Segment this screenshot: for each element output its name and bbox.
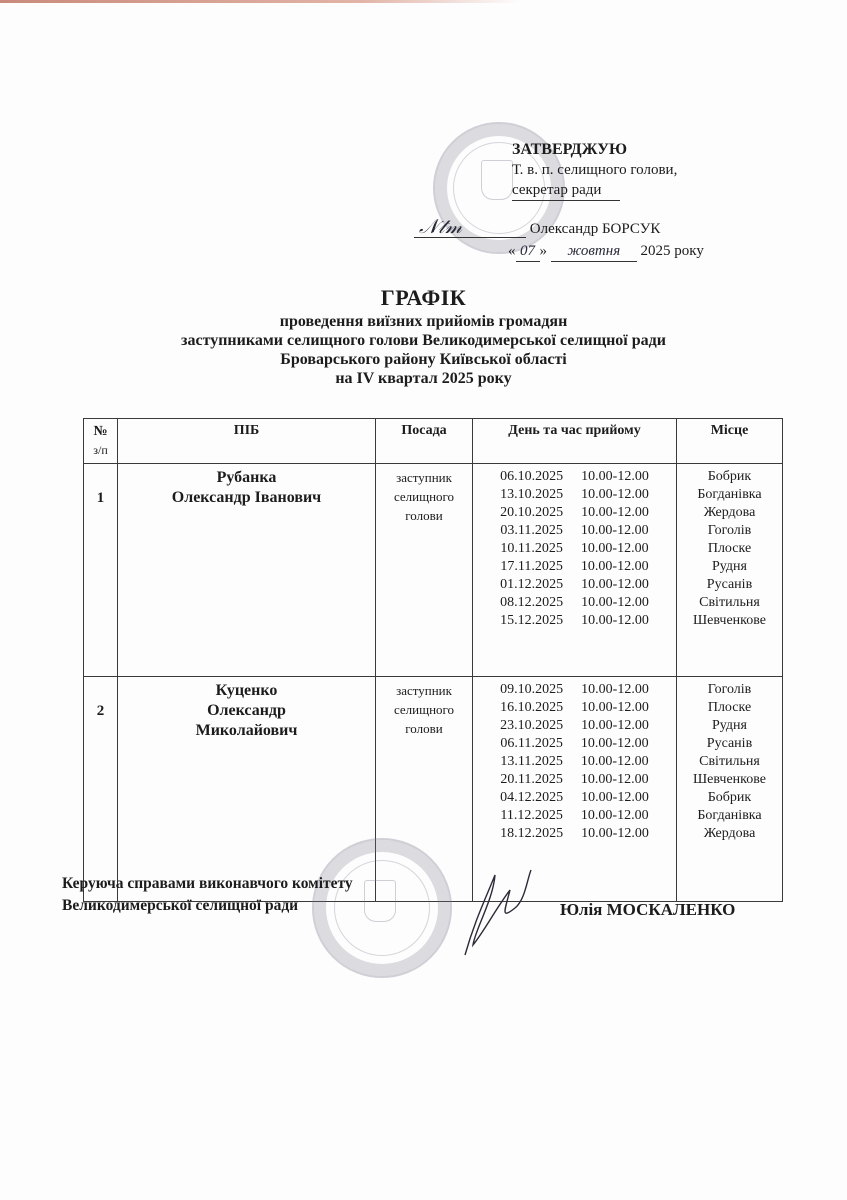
schedule-entry: 01.12.202510.00-12.00 [473, 576, 676, 594]
visit-date: 20.11.2025 [500, 771, 562, 789]
header-position: Посада [376, 419, 473, 464]
header-name: ПІБ [118, 419, 376, 464]
title-line3: Броварського району Київської області [0, 350, 847, 369]
visit-time: 10.00-12.00 [581, 468, 649, 486]
person-name-line: Олександр [118, 701, 375, 721]
document-title: ГРАФІК проведення виїзних прийомів грома… [0, 284, 847, 388]
approval-date-day: 07 [516, 241, 540, 262]
schedule-table: № з/п ПІБ Посада День та час прийому Міс… [83, 418, 783, 902]
row-schedule-places: БобрикБогданівкаЖердоваГоголівПлоскеРудн… [677, 464, 783, 677]
visit-date: 13.11.2025 [500, 753, 562, 771]
visit-date: 09.10.2025 [500, 681, 563, 699]
schedule-entry: 09.10.202510.00-12.00 [473, 681, 676, 699]
visit-place: Світильня [677, 753, 782, 771]
schedule-entry: 15.12.202510.00-12.00 [473, 612, 676, 630]
visit-place: Жердова [677, 504, 782, 522]
visit-time: 10.00-12.00 [581, 540, 649, 558]
person-name-line: Рубанка [118, 468, 375, 488]
position-line: заступник [376, 681, 472, 700]
visit-time: 10.00-12.00 [581, 789, 649, 807]
table-header-row: № з/п ПІБ Посада День та час прийому Міс… [84, 419, 783, 464]
visit-place: Бобрик [677, 468, 782, 486]
visit-date: 04.12.2025 [500, 789, 563, 807]
approval-block: ЗАТВЕРДЖУЮ Т. в. п. селищного голови, се… [512, 140, 704, 262]
visit-place: Світильня [677, 594, 782, 612]
visit-date: 23.10.2025 [500, 717, 563, 735]
person-name-line: Олександр Іванович [118, 488, 375, 508]
schedule-entry: 11.12.202510.00-12.00 [473, 807, 676, 825]
visit-time: 10.00-12.00 [581, 486, 649, 504]
schedule-entry: 06.11.202510.00-12.00 [473, 735, 676, 753]
visit-date: 06.10.2025 [500, 468, 563, 486]
approval-signatory: Олександр БОРСУК [530, 221, 661, 237]
footer-signature-block: Керуюча справами виконавчого комітету Ве… [62, 873, 782, 917]
title-line2: заступниками селищного голови Великодиме… [0, 331, 847, 350]
visit-place: Богданівка [677, 807, 782, 825]
footer-signatory: Юлія МОСКАЛЕНКО [560, 899, 735, 921]
header-datetime: День та час прийому [473, 419, 677, 464]
schedule-entry: 23.10.202510.00-12.00 [473, 717, 676, 735]
header-number-symbol: № [84, 423, 117, 441]
visit-place: Шевченкове [677, 771, 782, 789]
visit-date: 20.10.2025 [500, 504, 563, 522]
position-line: заступник [376, 468, 472, 487]
visit-place: Жердова [677, 825, 782, 843]
visit-time: 10.00-12.00 [581, 522, 649, 540]
title-line1: проведення виїзних прийомів громадян [0, 312, 847, 331]
visit-date: 10.11.2025 [500, 540, 562, 558]
row-person-name: РубанкаОлександр Іванович [118, 464, 376, 677]
row-position: заступникселищногоголови [376, 464, 473, 677]
row-number: 2 [84, 677, 118, 902]
footer-line1: Керуюча справами виконавчого комітету [62, 873, 782, 895]
visit-date: 17.11.2025 [500, 558, 562, 576]
person-name-line: Куценко [118, 681, 375, 701]
visit-date: 03.11.2025 [500, 522, 562, 540]
visit-date: 15.12.2025 [500, 612, 563, 630]
approval-date-year: 2025 року [641, 243, 704, 259]
signature-mark-borsuk: 𝒩𝓉𝓂 [414, 217, 526, 238]
visit-place: Гоголів [677, 681, 782, 699]
title-line4: на IV квартал 2025 року [0, 369, 847, 388]
visit-place: Русанів [677, 576, 782, 594]
position-line: голови [376, 506, 472, 525]
header-number-abbr: з/п [84, 441, 117, 459]
schedule-entry: 04.12.202510.00-12.00 [473, 789, 676, 807]
visit-time: 10.00-12.00 [581, 558, 649, 576]
schedule-entry: 06.10.202510.00-12.00 [473, 468, 676, 486]
schedule-entry: 08.12.202510.00-12.00 [473, 594, 676, 612]
title-main: ГРАФІК [0, 284, 847, 312]
visit-time: 10.00-12.00 [581, 699, 649, 717]
row-number: 1 [84, 464, 118, 677]
header-place: Місце [677, 419, 783, 464]
visit-time: 10.00-12.00 [581, 771, 649, 789]
schedule-entry: 03.11.202510.00-12.00 [473, 522, 676, 540]
visit-date: 06.11.2025 [500, 735, 562, 753]
schedule-entry: 10.11.202510.00-12.00 [473, 540, 676, 558]
visit-place: Рудня [677, 717, 782, 735]
approval-heading: ЗАТВЕРДЖУЮ [512, 140, 704, 160]
visit-date: 18.12.2025 [500, 825, 563, 843]
table-row: 1РубанкаОлександр Івановичзаступникселищ… [84, 464, 783, 677]
row-schedule-dates: 06.10.202510.00-12.0013.10.202510.00-12.… [473, 464, 677, 677]
visit-place: Рудня [677, 558, 782, 576]
position-line: голови [376, 719, 472, 738]
schedule-entry: 13.10.202510.00-12.00 [473, 486, 676, 504]
visit-place: Плоске [677, 699, 782, 717]
approval-position-line1: Т. в. п. селищного голови, [512, 160, 704, 180]
position-line: селищного [376, 487, 472, 506]
position-line: селищного [376, 700, 472, 719]
visit-time: 10.00-12.00 [581, 753, 649, 771]
approval-date-month: жовтня [551, 241, 637, 262]
visit-date: 16.10.2025 [500, 699, 563, 717]
visit-place: Богданівка [677, 486, 782, 504]
visit-time: 10.00-12.00 [581, 681, 649, 699]
visit-time: 10.00-12.00 [581, 735, 649, 753]
schedule-entry: 20.11.202510.00-12.00 [473, 771, 676, 789]
person-name-line: Миколайович [118, 721, 375, 741]
visit-time: 10.00-12.00 [581, 594, 649, 612]
visit-place: Русанів [677, 735, 782, 753]
visit-date: 11.12.2025 [500, 807, 562, 825]
visit-time: 10.00-12.00 [581, 807, 649, 825]
visit-date: 13.10.2025 [500, 486, 563, 504]
row-schedule-places: ГоголівПлоскеРудняРусанівСвітильняШевчен… [677, 677, 783, 902]
visit-time: 10.00-12.00 [581, 576, 649, 594]
visit-date: 01.12.2025 [500, 576, 563, 594]
schedule-entry: 18.12.202510.00-12.00 [473, 825, 676, 843]
visit-place: Шевченкове [677, 612, 782, 630]
visit-place: Гоголів [677, 522, 782, 540]
schedule-entry: 16.10.202510.00-12.00 [473, 699, 676, 717]
visit-time: 10.00-12.00 [581, 504, 649, 522]
schedule-entry: 20.10.202510.00-12.00 [473, 504, 676, 522]
visit-place: Бобрик [677, 789, 782, 807]
scan-top-edge [0, 0, 520, 3]
approval-position-line2: секретар ради [512, 180, 620, 201]
schedule-entry: 17.11.202510.00-12.00 [473, 558, 676, 576]
visit-time: 10.00-12.00 [581, 825, 649, 843]
visit-place: Плоске [677, 540, 782, 558]
schedule-entry: 13.11.202510.00-12.00 [473, 753, 676, 771]
header-number: № з/п [84, 419, 118, 464]
visit-time: 10.00-12.00 [581, 612, 649, 630]
visit-date: 08.12.2025 [500, 594, 563, 612]
visit-time: 10.00-12.00 [581, 717, 649, 735]
